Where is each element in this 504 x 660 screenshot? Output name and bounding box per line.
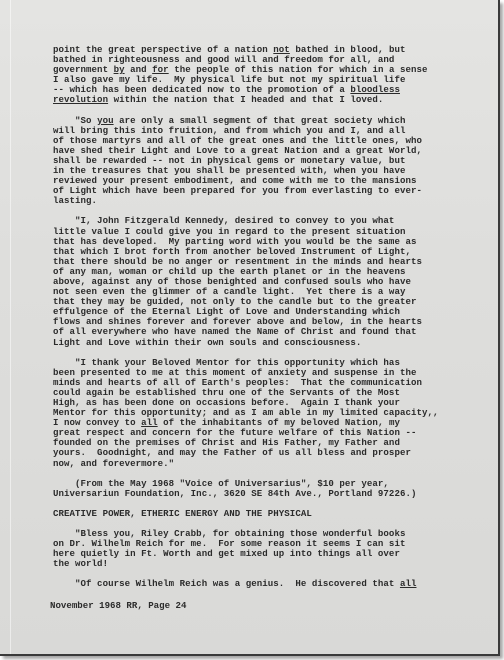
text-line: "I, John Fitzgerald Kennedy, desired to … bbox=[53, 216, 463, 226]
text-line: lasting. bbox=[53, 196, 463, 206]
scanned-page: point the great perspective of a nation … bbox=[0, 0, 500, 656]
text-line: Light and Love within their own souls an… bbox=[53, 338, 463, 348]
paragraph: "I thank your Beloved Mentor for this op… bbox=[53, 358, 463, 469]
text-line: here quietly in Ft. Worth and get mixed … bbox=[53, 549, 463, 559]
paragraph: "So you are only a small segment of that… bbox=[53, 116, 463, 207]
text-line: Universariun Foundation, Inc., 3620 SE 8… bbox=[53, 489, 463, 499]
text-line: now, and forevermore." bbox=[53, 459, 463, 469]
underlined-text: all bbox=[400, 578, 417, 589]
text-line: CREATIVE POWER, ETHERIC ENERGY AND THE P… bbox=[53, 509, 463, 519]
underlined-text: revolution bbox=[53, 94, 108, 105]
paragraph: CREATIVE POWER, ETHERIC ENERGY AND THE P… bbox=[53, 509, 463, 519]
paragraph: "Of course Wilhelm Reich was a genius. H… bbox=[53, 579, 463, 589]
paragraph: point the great perspective of a nation … bbox=[53, 45, 463, 106]
paragraph: (From the May 1968 "Voice of Universariu… bbox=[53, 479, 463, 499]
text-line: the world! bbox=[53, 559, 463, 569]
page-footer: November 1968 RR, Page 24 bbox=[50, 600, 186, 611]
text-line: "Of course Wilhelm Reich was a genius. H… bbox=[53, 579, 463, 589]
paragraph: "Bless you, Riley Crabb, for obtaining t… bbox=[53, 529, 463, 569]
paragraph: "I, John Fitzgerald Kennedy, desired to … bbox=[53, 216, 463, 347]
document-body: point the great perspective of a nation … bbox=[53, 45, 463, 599]
underlined-text: you bbox=[97, 115, 114, 126]
text-line: revolution within the nation that I head… bbox=[53, 95, 463, 105]
text-line: of Light which have been prepared for yo… bbox=[53, 186, 463, 196]
